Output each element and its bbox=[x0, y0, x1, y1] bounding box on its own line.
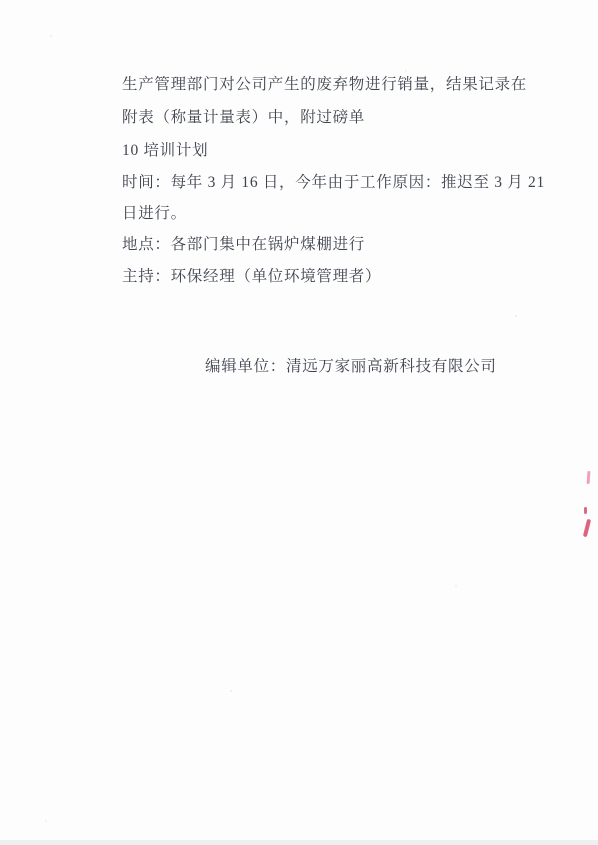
scan-edge-strip bbox=[0, 840, 598, 845]
red-ink-dots-mark bbox=[584, 507, 587, 514]
paragraph-line: 生产管理部门对公司产生的废弃物进行销量，结果记录在 bbox=[122, 75, 527, 95]
editor-unit-line: 编辑单位：清远万家丽高新科技有限公司 bbox=[205, 357, 497, 377]
paragraph-line: 附表（称量计量表）中，附过磅单 bbox=[122, 108, 365, 128]
red-ink-dash-mark bbox=[587, 471, 591, 484]
paragraph-line: 日进行。 bbox=[122, 204, 187, 224]
red-ink-slash-mark bbox=[583, 519, 591, 537]
paragraph-line: 主持：环保经理（单位环境管理者） bbox=[122, 267, 381, 287]
section-heading: 10 培训计划 bbox=[122, 141, 208, 161]
scanned-document-page: 生产管理部门对公司产生的废弃物进行销量，结果记录在 附表（称量计量表）中，附过磅… bbox=[0, 0, 598, 845]
scan-noise bbox=[300, 400, 302, 402]
paragraph-line: 时间：每年 3 月 16 日，今年由于工作原因：推迟至 3 月 21 bbox=[122, 173, 545, 193]
paragraph-line: 地点：各部门集中在锅炉煤棚进行 bbox=[122, 235, 365, 255]
